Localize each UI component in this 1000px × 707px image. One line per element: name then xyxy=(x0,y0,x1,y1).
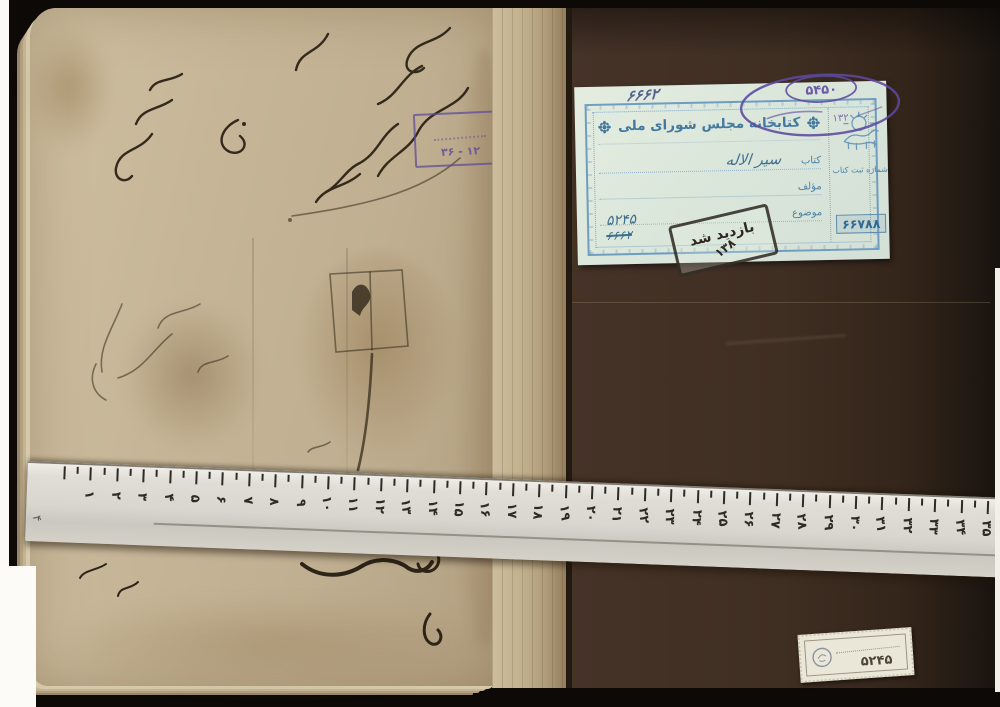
shelf-number: ۵۲۴۵ xyxy=(606,212,637,230)
oval-stamp: ۵۴۵۰ ۱۳۲ xyxy=(734,64,906,147)
rosette-icon xyxy=(598,120,611,133)
stamp-faint-line xyxy=(433,126,486,141)
manuscript-photo: ۳۶ - ۱۲ ۶۶۶۲ xyxy=(0,0,1000,707)
cover-scuff xyxy=(726,334,846,345)
handwriting-scribbles xyxy=(30,8,500,686)
scanner-margin-right xyxy=(995,268,1000,692)
corner-label: ۵۲۴۵ xyxy=(797,627,914,683)
ruler-stray-numeral: ۴ xyxy=(30,514,45,522)
corner-label-seal-icon xyxy=(809,645,835,671)
registration-caption: شماره ثبت کتاب xyxy=(832,165,888,175)
oval-stamp-number: ۵۴۵۰ xyxy=(805,82,837,99)
corner-label-number: ۵۲۴۵ xyxy=(860,652,893,669)
oval-stamp-date: ۱۳۲ xyxy=(832,113,849,125)
field-label-book: کتاب xyxy=(801,155,822,168)
field-value-book-title: سیر الاله xyxy=(724,150,782,170)
field-label-author: مؤلف xyxy=(798,181,822,194)
manuscript-page: ۳۶ - ۱۲ xyxy=(30,8,500,686)
scanner-margin-bottom-left xyxy=(0,566,36,707)
stamp-number: ۳۶ - ۱۲ xyxy=(441,144,481,159)
registration-number: ۶۶۷۸۸ xyxy=(836,214,887,234)
field-label-subject: موضوع xyxy=(792,207,822,221)
crossed-out-number: ۶۶۶۲ xyxy=(606,228,637,244)
cover-scratch xyxy=(570,302,990,303)
corner-label-faint-text xyxy=(835,638,900,654)
page-edges-gutter xyxy=(492,8,572,688)
